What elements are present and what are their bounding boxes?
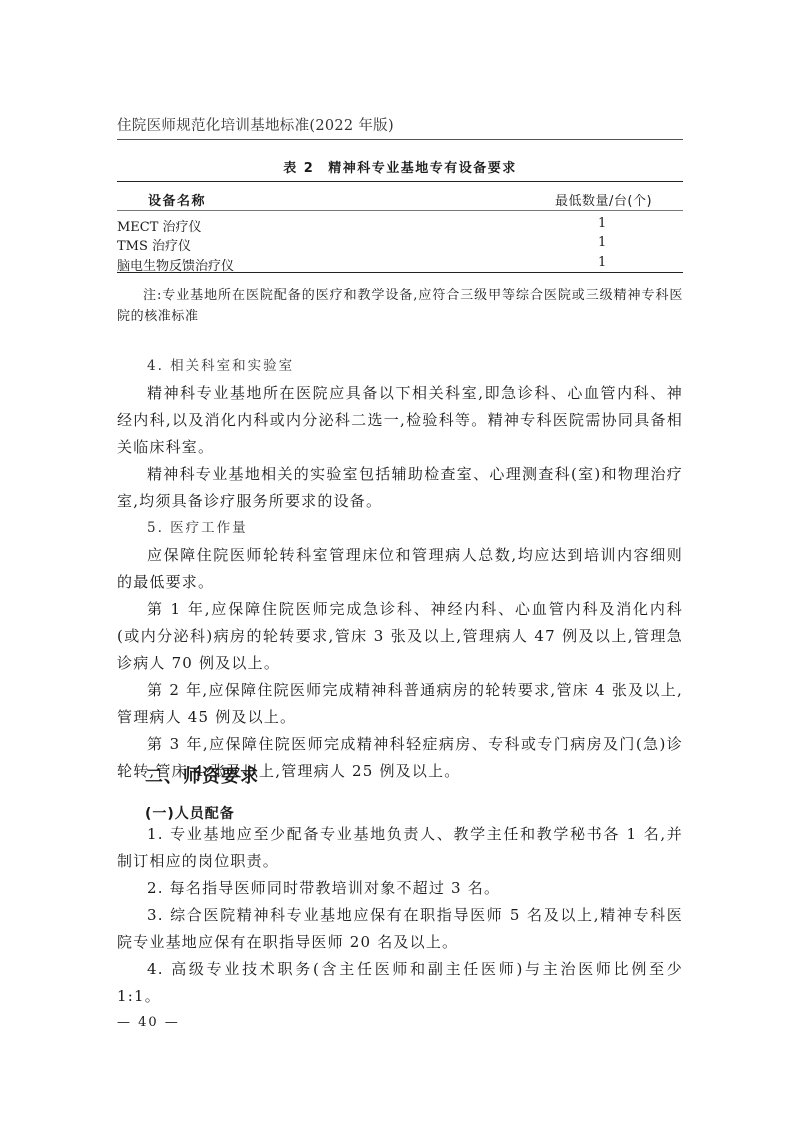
- section-5-heading: 5. 医疗工作量: [117, 515, 683, 542]
- document-page: 住院医师规范化培训基地标准(2022 年版) 表 2精神科专业基地专有设备要求 …: [0, 0, 800, 1131]
- table-bottom-rule: [117, 272, 683, 273]
- chapter-2-heading: 二、师资要求: [145, 762, 259, 788]
- table-top-rule: [117, 181, 683, 182]
- list-item: 3. 综合医院精神科专业基地应保有在职指导医师 5 名及以上,精神专科医院专业基…: [117, 902, 683, 956]
- table-row-name: MECT 治疗仪: [117, 216, 202, 235]
- section-4-block: 4. 相关科室和实验室 精神科专业基地所在医院应具备以下相关科室,即急诊科、心血…: [117, 353, 683, 785]
- page-number: — 40 —: [117, 1015, 180, 1030]
- section-4-heading: 4. 相关科室和实验室: [117, 353, 683, 380]
- paragraph: 第 2 年,应保障住院医师完成精神科普通病房的轮转要求,管床 4 张及以上,管理…: [117, 677, 683, 731]
- table-note: 注:专业基地所在医院配备的医疗和教学设备,应符合三级甲等综合医院或三级精神专科医…: [117, 285, 683, 327]
- list-item: 4. 高级专业技术职务(含主任医师和副主任医师)与主治医师比例至少 1:1。: [117, 956, 683, 1010]
- table-row-name: TMS 治疗仪: [117, 235, 191, 254]
- column-header-min-quantity: 最低数量/台(个): [555, 190, 652, 209]
- list-item: 2. 每名指导医师同时带教培训对象不超过 3 名。: [117, 875, 683, 902]
- table-caption-number: 表 2: [283, 161, 314, 176]
- running-header: 住院医师规范化培训基地标准(2022 年版): [117, 114, 394, 135]
- list-item: 1. 专业基地应至少配备专业基地负责人、教学主任和教学秘书各 1 名,并制订相应…: [117, 821, 683, 875]
- subsection-heading: (一)人员配备: [145, 803, 235, 823]
- paragraph: 第 1 年,应保障住院医师完成急诊科、神经内科、心血管内科及消化内科(或内分泌科…: [117, 596, 683, 677]
- table-row-qty: 1: [598, 255, 606, 270]
- paragraph: 精神科专业基地所在医院应具备以下相关科室,即急诊科、心血管内科、神经内科,以及消…: [117, 380, 683, 461]
- paragraph: 精神科专业基地相关的实验室包括辅助检查室、心理测查科(室)和物理治疗室,均须具备…: [117, 461, 683, 515]
- chapter-2-items: 1. 专业基地应至少配备专业基地负责人、教学主任和教学秘书各 1 名,并制订相应…: [117, 821, 683, 1010]
- table-caption: 表 2精神科专业基地专有设备要求: [117, 157, 683, 176]
- header-rule: [117, 139, 683, 140]
- table-header-rule: [117, 210, 683, 211]
- table-caption-title: 精神科专业基地专有设备要求: [328, 161, 517, 176]
- paragraph: 应保障住院医师轮转科室管理床位和管理病人总数,均应达到培训内容细则的最低要求。: [117, 542, 683, 596]
- table-row-qty: 1: [598, 216, 606, 231]
- column-header-equipment-name: 设备名称: [148, 190, 206, 209]
- table-row-qty: 1: [598, 235, 606, 250]
